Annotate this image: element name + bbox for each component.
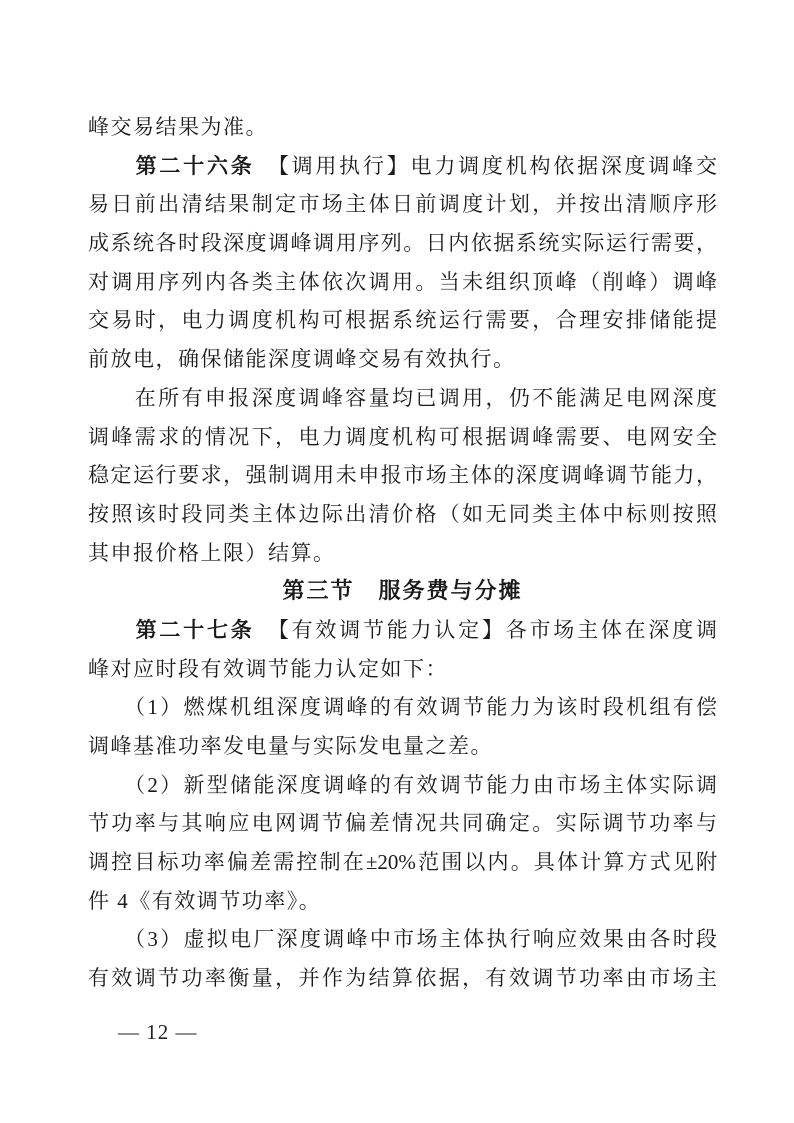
body-text: 调峰需求的情况下，电力调度机构可根据调峰需要、电网安全 xyxy=(88,425,717,449)
body-text: 有效调节功率衡量，并作为结算依据，有效调节功率由市场主 xyxy=(88,966,717,990)
text-line: 成系统各时段深度调峰调用序列。日内依据系统实际运行需要， xyxy=(88,224,717,263)
text-line: 按照该时段同类主体边际出清价格（如无同类主体中标则按照 xyxy=(88,495,717,534)
body-text: 成系统各时段深度调峰调用序列。日内依据系统实际运行需要， xyxy=(88,231,717,255)
body-text: （3）虚拟电厂深度调峰中市场主体执行响应效果由各时段 xyxy=(88,927,717,951)
section-heading: 第三节 服务费与分摊 xyxy=(88,572,717,611)
document-page: 峰交易结果为准。 第二十六条 【调用执行】电力调度机构依据深度调峰交易日前出清结… xyxy=(0,0,794,1123)
body-text: （2）新型储能深度调峰的有效调节能力由市场主体实际调 xyxy=(88,773,717,797)
body-text: 在所有申报深度调峰容量均已调用，仍不能满足电网深度 xyxy=(88,386,717,410)
body-text: 按照该时段同类主体边际出清价格（如无同类主体中标则按照 xyxy=(88,502,717,526)
text-line: 件 4《有效调节功率》。 xyxy=(88,882,717,921)
text-line: 有效调节功率衡量，并作为结算依据，有效调节功率由市场主 xyxy=(88,959,717,998)
body-text xyxy=(88,618,136,642)
body-text: 前放电，确保储能深度调峰交易有效执行。 xyxy=(88,347,516,371)
text-line: 调峰需求的情况下，电力调度机构可根据调峰需要、电网安全 xyxy=(88,418,717,457)
text-line: 在所有申报深度调峰容量均已调用，仍不能满足电网深度 xyxy=(88,379,717,418)
document-body: 峰交易结果为准。 第二十六条 【调用执行】电力调度机构依据深度调峰交易日前出清结… xyxy=(88,108,717,998)
text-line: 其申报价格上限）结算。 xyxy=(88,534,717,573)
article-number-text: 第二十六条 xyxy=(136,154,255,178)
body-text: 其申报价格上限）结算。 xyxy=(88,541,336,565)
article-number-text: 第二十七条 xyxy=(136,618,255,642)
body-text: 节功率与其响应电网调节偏差情况共同确定。实际调节功率与 xyxy=(88,811,717,835)
text-line: 前放电，确保储能深度调峰交易有效执行。 xyxy=(88,340,717,379)
text-line: 稳定运行要求，强制调用未申报市场主体的深度调峰调节能力， xyxy=(88,456,717,495)
body-text: 峰对应时段有效调节能力认定如下： xyxy=(88,657,448,681)
body-text: 调峰基准功率发电量与实际发电量之差。 xyxy=(88,734,493,758)
text-line: 交易时，电力调度机构可根据系统运行需要，合理安排储能提 xyxy=(88,301,717,340)
article-number-text: 第三节 服务费与分摊 xyxy=(282,578,522,603)
body-text: 件 4《有效调节功率》。 xyxy=(88,889,321,913)
text-line: 调峰基准功率发电量与实际发电量之差。 xyxy=(88,727,717,766)
body-text: （1）燃煤机组深度调峰的有效调节能力为该时段机组有偿 xyxy=(88,695,717,719)
text-line: 节功率与其响应电网调节偏差情况共同确定。实际调节功率与 xyxy=(88,804,717,843)
text-line: （2）新型储能深度调峰的有效调节能力由市场主体实际调 xyxy=(88,766,717,805)
body-text: 【有效调节能力认定】各市场主体在深度调 xyxy=(255,618,717,642)
text-line: 第二十七条 【有效调节能力认定】各市场主体在深度调 xyxy=(88,611,717,650)
page-number: — 12 — xyxy=(118,1020,198,1045)
text-line: 调控目标功率偏差需控制在±20%范围以内。具体计算方式见附 xyxy=(88,843,717,882)
text-line: 第二十六条 【调用执行】电力调度机构依据深度调峰交 xyxy=(88,147,717,186)
body-text: 交易时，电力调度机构可根据系统运行需要，合理安排储能提 xyxy=(88,308,717,332)
text-line: （3）虚拟电厂深度调峰中市场主体执行响应效果由各时段 xyxy=(88,920,717,959)
body-text: 峰交易结果为准。 xyxy=(88,115,268,139)
text-line: （1）燃煤机组深度调峰的有效调节能力为该时段机组有偿 xyxy=(88,688,717,727)
body-text: 对调用序列内各类主体依次调用。当未组织顶峰（削峰）调峰 xyxy=(88,270,717,294)
body-text: 调控目标功率偏差需控制在±20%范围以内。具体计算方式见附 xyxy=(88,850,717,874)
body-text xyxy=(88,154,136,178)
text-line: 峰对应时段有效调节能力认定如下： xyxy=(88,650,717,689)
body-text: 易日前出清结果制定市场主体日前调度计划，并按出清顺序形 xyxy=(88,192,717,216)
text-line: 对调用序列内各类主体依次调用。当未组织顶峰（削峰）调峰 xyxy=(88,263,717,302)
body-text: 【调用执行】电力调度机构依据深度调峰交 xyxy=(255,154,717,178)
body-text: 稳定运行要求，强制调用未申报市场主体的深度调峰调节能力， xyxy=(88,463,717,487)
text-line: 峰交易结果为准。 xyxy=(88,108,717,147)
text-line: 易日前出清结果制定市场主体日前调度计划，并按出清顺序形 xyxy=(88,185,717,224)
